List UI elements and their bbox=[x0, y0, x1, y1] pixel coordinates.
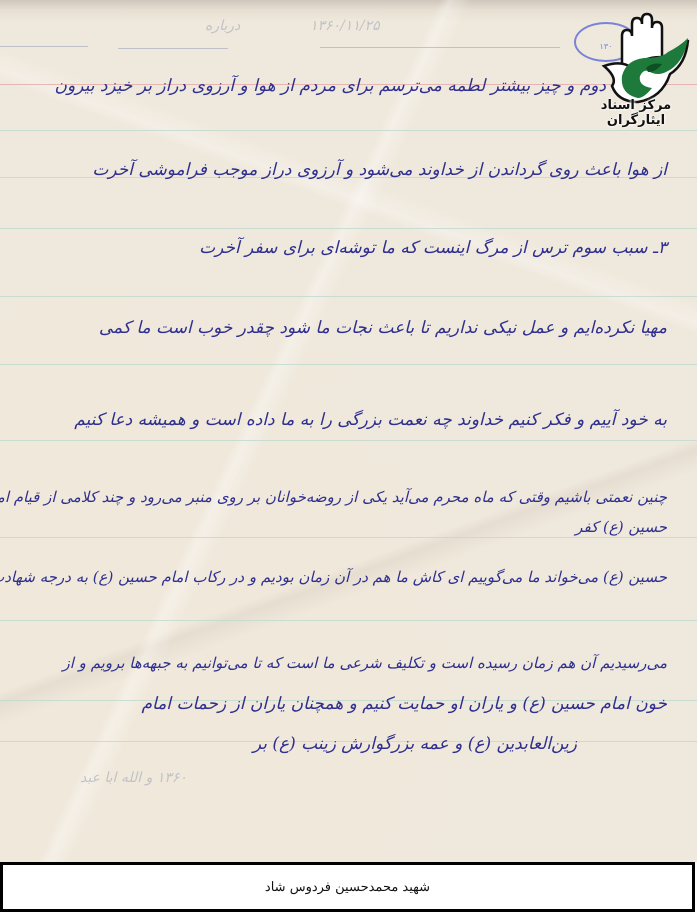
letter-line-2: از هوا باعث روی گرداندن از خداوند می‌شود… bbox=[92, 160, 667, 180]
header-date: ۱۳۶۰/۱۱/۲۵ bbox=[310, 18, 380, 34]
archive-logo-caption: مرکز اسناد ایثارگران bbox=[578, 98, 694, 128]
ruled-line bbox=[0, 440, 697, 441]
letter-line-1: ۲ـ سبب دوم و چیز بیشتر لطمه می‌ترسم برای… bbox=[55, 76, 667, 96]
letter-margin-line: حسین (ع) کفر bbox=[575, 518, 667, 536]
ruled-line bbox=[0, 130, 697, 131]
letter-line-10: زین‌العابدین (ع) و عمه بزرگوارش زینب (ع)… bbox=[253, 734, 577, 754]
letter-line-7: حسین (ع) می‌خواند ما می‌گوییم ای کاش ما … bbox=[0, 568, 667, 586]
bottom-faint-note: ۱۳۶۰ و الله ابا عبد bbox=[80, 770, 187, 786]
letter-line-9: خون امام حسین (ع) و یاران او حمایت کنیم … bbox=[142, 694, 668, 714]
ruled-line bbox=[0, 537, 697, 538]
ruled-line bbox=[0, 620, 697, 621]
martyr-name-caption: شهید محمدحسین فردوس شاد bbox=[265, 880, 430, 895]
letter-line-4: مهیا نکرده‌ایم و عمل نیکی نداریم تا باعث… bbox=[99, 318, 667, 338]
header-underline bbox=[320, 47, 560, 48]
caption-box: شهید محمدحسین فردوس شاد bbox=[0, 862, 695, 912]
ruled-line bbox=[0, 296, 697, 297]
header-underline bbox=[118, 48, 228, 49]
header-note: درباره bbox=[205, 18, 240, 34]
letter-line-3: ۳ـ سبب سوم ترس از مرگ اینست که ما توشه‌ا… bbox=[199, 238, 667, 258]
ruled-line bbox=[0, 364, 697, 365]
header-underline bbox=[0, 46, 88, 47]
letter-line-8: می‌رسیدیم آن هم زمان رسیده است و تکلیف ش… bbox=[63, 654, 668, 672]
scanned-letter-page: درباره ۱۳۶۰/۱۱/۲۵ ۱۳۰ ۲ـ سبب دوم و چیز ب… bbox=[0, 0, 697, 862]
ruled-line bbox=[0, 228, 697, 229]
letter-line-6: چنین نعمتی باشیم وقتی که ماه محرم می‌آید… bbox=[0, 488, 667, 506]
letter-line-5: به خود آییم و فکر کنیم خداوند چه نعمت بز… bbox=[74, 410, 667, 430]
